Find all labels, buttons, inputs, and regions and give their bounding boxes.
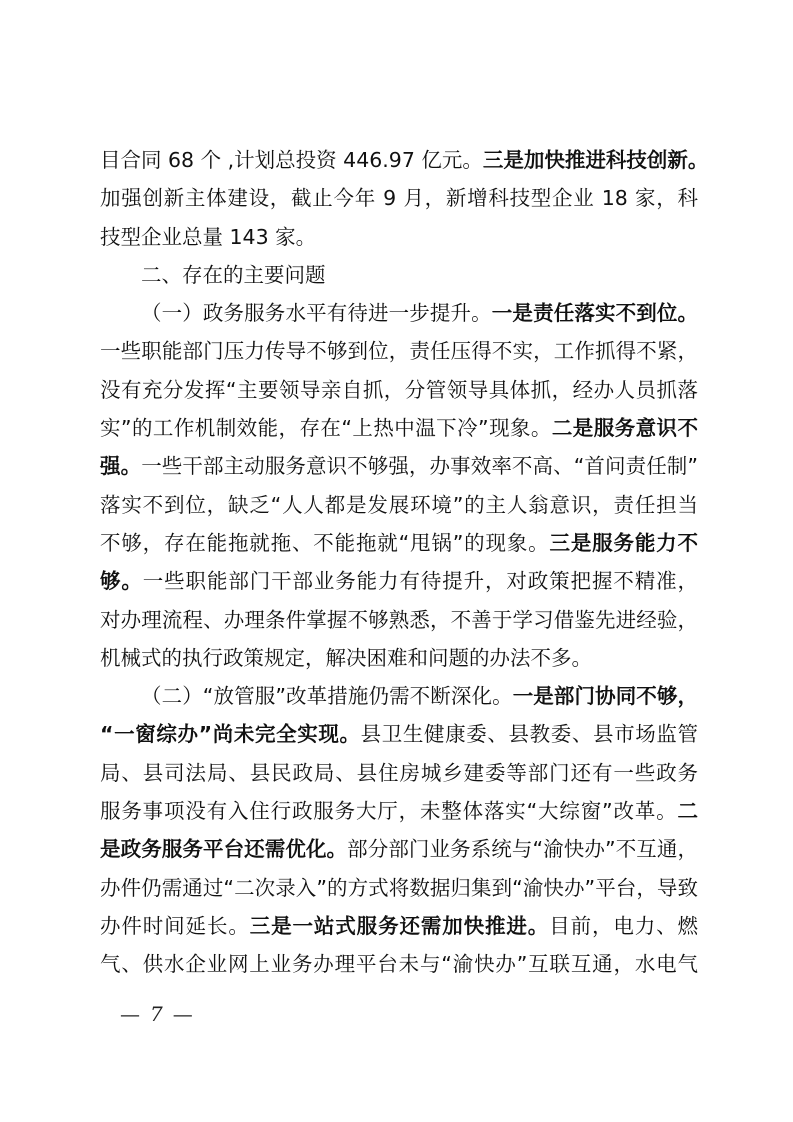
text-line: 强。一些干部主动服务意识不够强，办事效率不高、“首问责任制” [100, 447, 698, 485]
text-line: 加强创新主体建设，截止今年 9 月，新增科技型企业 18 家，科 [100, 179, 698, 217]
page-number-value: 7 [150, 1002, 165, 1026]
text-segment: 不够，存在能拖就拖、不能拖就“甩锅”的现象。 [100, 531, 550, 555]
bold-text-segment: 强。 [100, 454, 141, 478]
text-segment: 一些干部主动服务意识不够强，办事效率不高、“首问责任制” [141, 454, 698, 478]
text-segment: 技型企业总量 143 家。 [100, 225, 316, 249]
text-segment: 局、县司法局、县民政局、县住房城乡建委等部门还有一些政务 [100, 761, 698, 785]
text-line: 落实不到位，缺乏“人人都是发展环境”的主人翁意识，责任担当 [100, 486, 698, 524]
text-segment: 一些职能部门干部业务能力有待提升，对政策把握不精准， [143, 569, 698, 593]
page-number-dash-right: — [173, 1002, 195, 1026]
text-segment: 实”的工作机制效能，存在“上热中温下冷”现象。 [100, 416, 552, 440]
bold-text-segment: 是政务服务平台还需优化。 [100, 837, 347, 861]
text-line: （二）“放管服”改革措施仍需不断深化。一是部门协同不够， [100, 677, 698, 715]
bold-text-segment: 三是服务能力不 [550, 531, 698, 555]
document-page: 目合同 68 个 ,计划总投资 446.97 亿元。三是加快推进科技创新。加强创… [0, 0, 793, 1122]
text-segment: （一）政务服务水平有待进一步提升。 [141, 301, 492, 325]
text-line: 服务事项没有入住行政服务大厅，未整体落实“大综窗”改革。二 [100, 792, 698, 830]
text-line: 是政务服务平台还需优化。部分部门业务系统与“渝快办”不互通， [100, 830, 698, 868]
text-line: 实”的工作机制效能，存在“上热中温下冷”现象。二是服务意识不 [100, 409, 698, 447]
bold-text-segment: 一是责任落实不到位。 [492, 301, 698, 325]
text-line: 对办理流程、办理条件掌握不够熟悉，不善于学习借鉴先进经验， [100, 601, 698, 639]
text-line: 办件仍需通过“二次录入”的方式将数据归集到“渝快办”平台，导致 [100, 869, 698, 907]
text-line: 办件时间延长。三是一站式服务还需加快推进。目前，电力、燃 [100, 907, 698, 945]
page-number-dash-left: — [120, 1002, 142, 1026]
text-segment: 落实不到位，缺乏“人人都是发展环境”的主人翁意识，责任担当 [100, 493, 698, 517]
text-line: 不够，存在能拖就拖、不能拖就“甩锅”的现象。三是服务能力不 [100, 524, 698, 562]
text-segment: 县卫生健康委、县教委、县市场监管 [361, 722, 698, 746]
text-segment: 目前，电力、燃 [549, 914, 698, 938]
text-line: （一）政务服务水平有待进一步提升。一是责任落实不到位。 [100, 294, 698, 332]
text-line: 二、存在的主要问题 [100, 256, 698, 294]
text-segment: 办件时间延长。 [100, 914, 250, 938]
text-line: 没有充分发挥“主要领导亲自抓，分管领导具体抓，经办人员抓落 [100, 371, 698, 409]
bold-text-segment: 三是一站式服务还需加快推进。 [250, 914, 549, 938]
text-line: 局、县司法局、县民政局、县住房城乡建委等部门还有一些政务 [100, 754, 698, 792]
text-segment: 加强创新主体建设，截止今年 9 月，新增科技型企业 18 家，科 [100, 186, 698, 210]
text-segment: 办件仍需通过“二次录入”的方式将数据归集到“渝快办”平台，导致 [100, 876, 698, 900]
bold-text-segment: 三是加快推进科技创新。 [483, 148, 709, 172]
bold-text-segment: 二 [678, 799, 699, 823]
text-segment: 气、供水企业网上业务办理平台未与“渝快办”互联互通，水电气 [100, 952, 698, 976]
text-line: 机械式的执行政策规定，解决困难和问题的办法不多。 [100, 639, 698, 677]
text-line: 一些职能部门压力传导不够到位，责任压得不实，工作抓得不紧， [100, 332, 698, 370]
text-line: “一窗综办”尚未完全实现。县卫生健康委、县教委、县市场监管 [100, 715, 698, 753]
text-line: 气、供水企业网上业务办理平台未与“渝快办”互联互通，水电气 [100, 945, 698, 983]
text-segment: 服务事项没有入住行政服务大厅，未整体落实“大综窗”改革。 [100, 799, 678, 823]
text-segment: 目合同 68 个 ,计划总投资 446.97 亿元。 [100, 148, 483, 172]
text-segment: 一些职能部门压力传导不够到位，责任压得不实，工作抓得不紧， [100, 339, 698, 363]
text-line: 目合同 68 个 ,计划总投资 446.97 亿元。三是加快推进科技创新。 [100, 141, 698, 179]
text-segment: 机械式的执行政策规定，解决困难和问题的办法不多。 [100, 646, 592, 670]
text-segment: 二、存在的主要问题 [141, 263, 326, 287]
text-line: 够。一些职能部门干部业务能力有待提升，对政策把握不精准， [100, 562, 698, 600]
text-segment: （二）“放管服”改革措施仍需不断深化。 [141, 684, 513, 708]
bold-text-segment: 二是服务意识不 [552, 416, 698, 440]
bold-text-segment: 一是部门协同不够， [513, 684, 698, 708]
text-segment: 对办理流程、办理条件掌握不够熟悉，不善于学习借鉴先进经验， [100, 608, 698, 632]
bold-text-segment: “一窗综办”尚未完全实现。 [100, 722, 361, 746]
page-number: —7— [120, 1002, 195, 1026]
text-segment: 没有充分发挥“主要领导亲自抓，分管领导具体抓，经办人员抓落 [100, 378, 698, 402]
text-line: 技型企业总量 143 家。 [100, 218, 698, 256]
document-body: 目合同 68 个 ,计划总投资 446.97 亿元。三是加快推进科技创新。加强创… [100, 141, 700, 984]
text-segment: 部分部门业务系统与“渝快办”不互通， [347, 837, 698, 861]
bold-text-segment: 够。 [100, 569, 143, 593]
